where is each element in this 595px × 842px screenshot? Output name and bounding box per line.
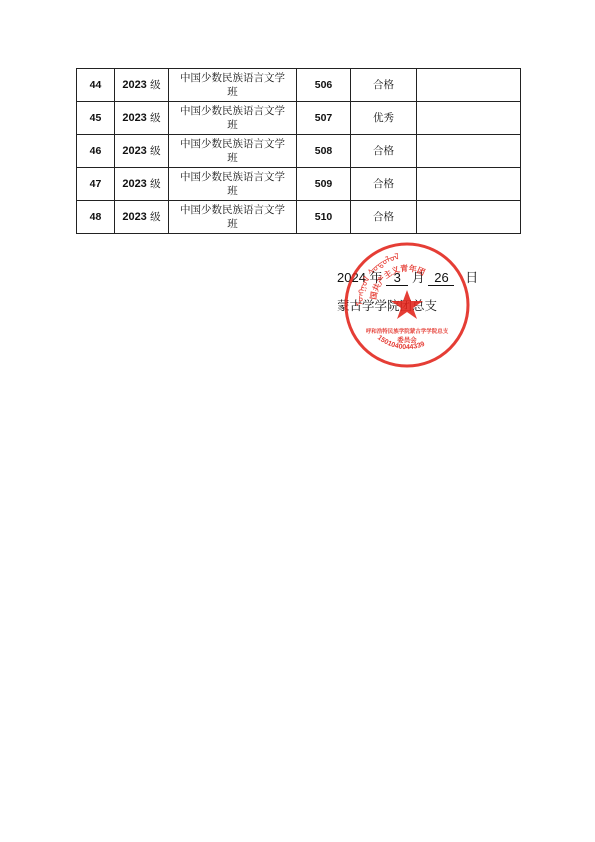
row-room: 508 — [297, 135, 351, 168]
row-class: 中国少数民族语言文学班 — [169, 201, 297, 234]
seal-code: 1501040044339 — [376, 334, 426, 351]
grade-year: 2023 — [122, 178, 146, 190]
row-note — [417, 201, 521, 234]
grade-suffix: 级 — [150, 178, 161, 190]
seal-bottom-label: 委员会 — [397, 335, 417, 344]
svg-text:1501040044339: 1501040044339 — [376, 334, 426, 351]
row-result: 合格 — [351, 168, 417, 201]
row-room: 506 — [297, 69, 351, 102]
date-month-label: 月 — [412, 270, 425, 285]
class-name: 中国少数民族语言文学班 — [178, 104, 288, 132]
grade-year: 2023 — [122, 112, 146, 124]
class-name: 中国少数民族语言文学班 — [178, 71, 288, 99]
signature-date: 2024 年 3 月 26 日 — [337, 267, 478, 286]
table-row: 462023 级中国少数民族语言文学班508合格 — [77, 135, 521, 168]
grade-year: 2023 — [122, 211, 146, 223]
row-number: 47 — [77, 168, 115, 201]
class-name: 中国少数民族语言文学班 — [178, 203, 288, 231]
class-name: 中国少数民族语言文学班 — [178, 137, 288, 165]
row-number: 45 — [77, 102, 115, 135]
row-room: 509 — [297, 168, 351, 201]
results-table-body: 442023 级中国少数民族语言文学班506合格452023 级中国少数民族语言… — [77, 69, 521, 234]
row-class: 中国少数民族语言文学班 — [169, 168, 297, 201]
date-year: 2024 — [337, 270, 366, 285]
grade-year: 2023 — [122, 145, 146, 157]
table-row: 452023 级中国少数民族语言文学班507优秀 — [77, 102, 521, 135]
row-grade: 2023 级 — [115, 69, 169, 102]
class-name: 中国少数民族语言文学班 — [178, 170, 288, 198]
row-room: 510 — [297, 201, 351, 234]
row-number: 46 — [77, 135, 115, 168]
row-grade: 2023 级 — [115, 168, 169, 201]
date-day: 26 — [428, 270, 454, 286]
grade-suffix: 级 — [150, 112, 161, 124]
grade-suffix: 级 — [150, 211, 161, 223]
row-room: 507 — [297, 102, 351, 135]
row-note — [417, 102, 521, 135]
row-note — [417, 168, 521, 201]
row-note — [417, 69, 521, 102]
grade-suffix: 级 — [150, 79, 161, 91]
date-day-label: 日 — [465, 270, 478, 285]
row-number: 48 — [77, 201, 115, 234]
row-class: 中国少数民族语言文学班 — [169, 69, 297, 102]
row-grade: 2023 级 — [115, 201, 169, 234]
row-note — [417, 135, 521, 168]
date-month: 3 — [386, 270, 408, 286]
row-grade: 2023 级 — [115, 102, 169, 135]
row-number: 44 — [77, 69, 115, 102]
table-row: 472023 级中国少数民族语言文学班509合格 — [77, 168, 521, 201]
date-year-label: 年 — [370, 270, 383, 285]
seal-arc-text: 呼和浩特民族学院蒙古学学院总支 — [366, 327, 449, 335]
table-row: 482023 级中国少数民族语言文学班510合格 — [77, 201, 521, 234]
results-table: 442023 级中国少数民族语言文学班506合格452023 级中国少数民族语言… — [76, 68, 521, 234]
row-result: 优秀 — [351, 102, 417, 135]
row-class: 中国少数民族语言文学班 — [169, 102, 297, 135]
row-grade: 2023 级 — [115, 135, 169, 168]
row-result: 合格 — [351, 135, 417, 168]
row-result: 合格 — [351, 69, 417, 102]
grade-year: 2023 — [122, 79, 146, 91]
signature-organization: 蒙古学学院团总支 — [337, 296, 437, 314]
grade-suffix: 级 — [150, 145, 161, 157]
row-class: 中国少数民族语言文学班 — [169, 135, 297, 168]
table-row: 442023 级中国少数民族语言文学班506合格 — [77, 69, 521, 102]
row-result: 合格 — [351, 201, 417, 234]
